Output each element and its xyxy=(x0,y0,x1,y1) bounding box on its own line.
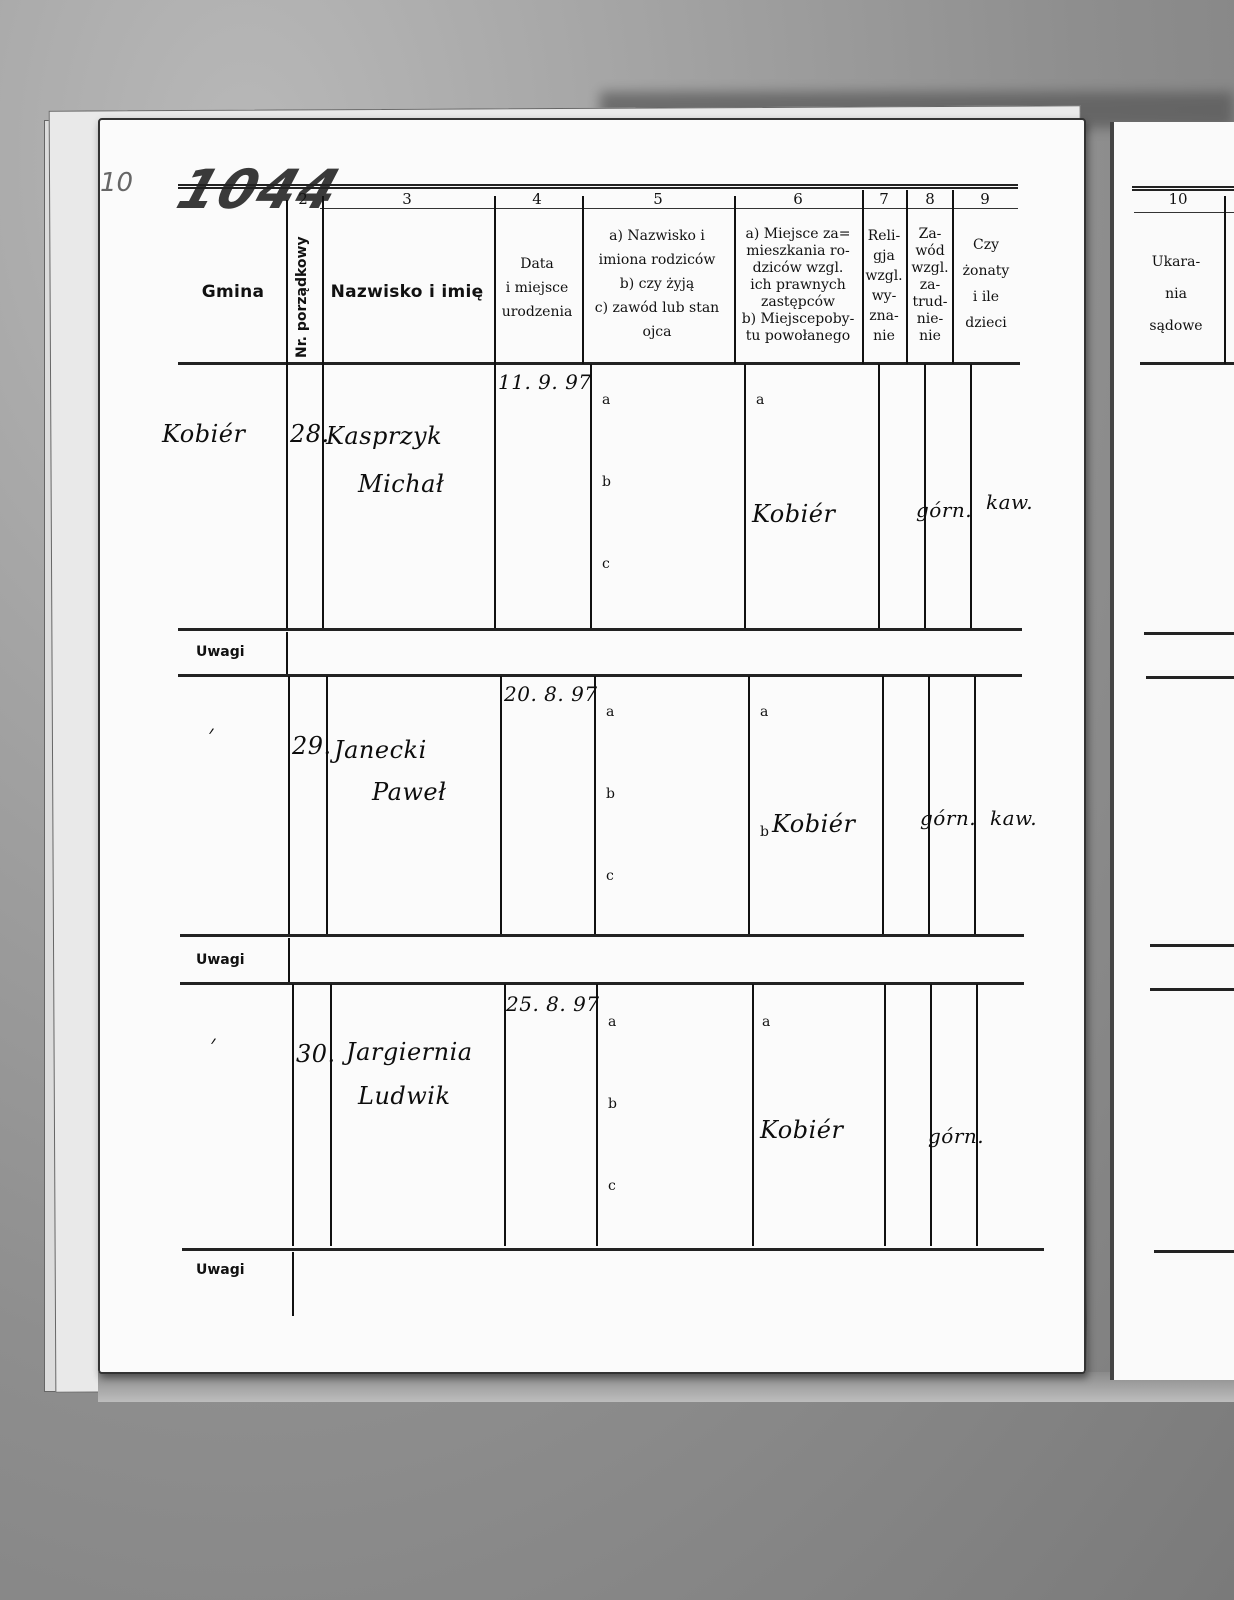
entry-surname: Kasprzyk xyxy=(326,422,442,450)
right-row-rule xyxy=(1150,988,1234,991)
remarks-label: Uwagi xyxy=(196,1262,245,1278)
col-num-5: 5 xyxy=(584,190,732,208)
sub-label-c: c xyxy=(606,868,614,884)
col-divider xyxy=(288,676,290,936)
entry-nr: 28. xyxy=(290,420,330,448)
row-rule xyxy=(180,982,1024,985)
col-divider xyxy=(590,364,592,630)
col-divider xyxy=(292,984,294,1246)
col-num-10: 10 xyxy=(1128,190,1228,208)
col-header-nr: Nr. porządkowy xyxy=(294,236,310,358)
entry-first-name: Michał xyxy=(358,470,444,498)
entry-occupation: górn. xyxy=(928,1124,984,1148)
sub-label-a: a xyxy=(608,1014,616,1030)
col-divider xyxy=(752,984,754,1246)
sub-label-c: c xyxy=(602,556,610,572)
row-rule xyxy=(180,934,1024,937)
col-num-8: 8 xyxy=(908,190,952,208)
pencil-number: 10 xyxy=(100,168,133,198)
right-col-divider xyxy=(1224,196,1226,364)
col-divider xyxy=(976,984,978,1246)
col-divider xyxy=(862,190,864,364)
entry-residence: Kobiér xyxy=(760,1116,843,1144)
col-divider xyxy=(748,676,750,936)
col-divider xyxy=(500,676,502,936)
sub-label-a: a xyxy=(606,704,614,720)
col-divider xyxy=(744,364,746,630)
right-row-rule xyxy=(1146,676,1234,679)
col-num-3: 3 xyxy=(322,190,492,208)
entry-surname: Jargiernia xyxy=(346,1038,473,1066)
col-divider xyxy=(930,984,932,1246)
sub-label-b: b xyxy=(606,786,615,802)
col-divider xyxy=(582,196,584,364)
entry-birth-date: 25. 8. 97 xyxy=(506,992,600,1016)
remarks-label: Uwagi xyxy=(196,952,245,968)
col-num-6: 6 xyxy=(736,190,860,208)
row-rule xyxy=(182,1248,1044,1251)
entry-gmina: Kobiér xyxy=(162,420,245,448)
entry-gmina-ditto: ׳ xyxy=(210,1030,216,1059)
entry-gmina-ditto: ׳ xyxy=(208,720,214,749)
entry-nr: 29. xyxy=(292,732,332,760)
book-edge xyxy=(98,1372,1234,1402)
col-divider xyxy=(884,984,886,1246)
col-divider xyxy=(594,676,596,936)
col-header-convictions: Ukara- nia sądowe xyxy=(1126,246,1226,342)
sub-label-a: a xyxy=(762,1014,770,1030)
col-divider xyxy=(322,364,324,630)
col-divider xyxy=(970,364,972,630)
row-rule xyxy=(178,674,1022,677)
right-header-num-rule xyxy=(1134,212,1234,213)
entry-first-name: Ludwik xyxy=(358,1082,451,1110)
col-header-parents: a) Nazwisko i imiona rodziców b) czy żyj… xyxy=(582,224,732,344)
header-number-rule xyxy=(320,208,1018,209)
remarks-label: Uwagi xyxy=(196,644,245,660)
col-divider xyxy=(326,676,328,936)
entry-residence: Kobiér xyxy=(772,810,855,838)
col-divider xyxy=(878,364,880,630)
col-header-married: Czy żonaty i ile dzieci xyxy=(954,232,1018,336)
right-row-rule xyxy=(1150,944,1234,947)
entry-occupation: górn. xyxy=(916,498,972,522)
col-num-7: 7 xyxy=(862,190,906,208)
row-rule xyxy=(178,628,1022,631)
col-divider xyxy=(292,1252,294,1316)
sub-label-b: b xyxy=(760,824,769,840)
col-num-9: 9 xyxy=(954,190,1016,208)
entry-surname: Janecki xyxy=(334,736,427,764)
col-header-name: Nazwisko i imię xyxy=(324,284,490,300)
entry-residence: Kobiér xyxy=(752,500,835,528)
col-num-4: 4 xyxy=(494,190,580,208)
entry-married: kaw. xyxy=(990,806,1037,830)
col-divider xyxy=(322,196,324,364)
sub-label-b: b xyxy=(602,474,611,490)
col-divider xyxy=(288,938,290,982)
entry-nr: 30. xyxy=(296,1040,336,1068)
col-divider xyxy=(330,984,332,1246)
header-top-rule xyxy=(178,184,1018,189)
sub-label-a: a xyxy=(760,704,768,720)
sub-label-a: a xyxy=(756,392,764,408)
col-divider xyxy=(596,984,598,1246)
sub-label-b: b xyxy=(608,1096,617,1112)
col-header-birth: Data i miejsce urodzenia xyxy=(494,252,580,324)
col-header-religion: Reli- gja wzgl. wy- zna- nie xyxy=(862,226,906,346)
right-row-rule xyxy=(1154,1250,1234,1253)
col-divider xyxy=(286,200,288,364)
entry-married: kaw. xyxy=(986,490,1033,514)
col-divider xyxy=(504,984,506,1246)
col-divider xyxy=(906,190,908,364)
col-divider xyxy=(494,364,496,630)
col-header-residence: a) Miejsce za= mieszkania ro- dziców wzg… xyxy=(734,226,862,345)
col-divider xyxy=(286,632,288,676)
right-row-rule xyxy=(1144,632,1234,635)
header-bottom-rule xyxy=(178,362,1020,365)
col-divider xyxy=(924,364,926,630)
sub-label-c: c xyxy=(608,1178,616,1194)
entry-birth-date: 20. 8. 97 xyxy=(504,682,598,706)
right-header-top-rule xyxy=(1132,186,1234,191)
col-num-2: 2 xyxy=(288,190,318,208)
col-header-gmina: Gmina xyxy=(180,284,286,300)
col-divider xyxy=(882,676,884,936)
entry-occupation: górn. xyxy=(920,806,976,830)
entry-birth-date: 11. 9. 97 xyxy=(498,370,592,394)
col-divider xyxy=(952,190,954,364)
right-header-bottom-rule xyxy=(1140,362,1234,365)
col-divider xyxy=(494,196,496,364)
col-divider xyxy=(286,364,288,630)
entry-first-name: Paweł xyxy=(372,778,446,806)
col-divider xyxy=(734,196,736,364)
col-header-occupation: Za- wód wzgl. za- trud- nie- nie xyxy=(908,226,952,345)
sub-label-a: a xyxy=(602,392,610,408)
